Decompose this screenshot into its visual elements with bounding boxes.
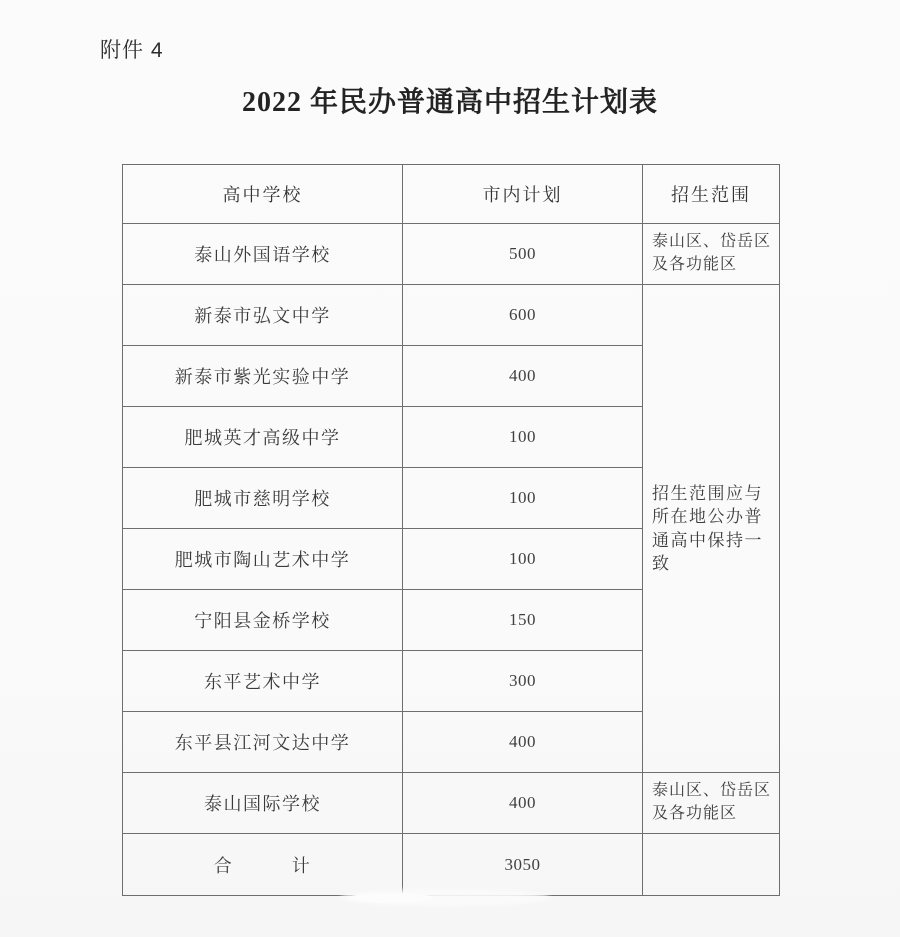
table: 高中学校 市内计划 招生范围 泰山外国语学校 500 泰山区、岱岳区 及各功能区…: [122, 164, 780, 896]
enrollment-plan-table: 高中学校 市内计划 招生范围 泰山外国语学校 500 泰山区、岱岳区 及各功能区…: [122, 164, 780, 896]
school-cell: 宁阳县金桥学校: [123, 590, 403, 651]
school-cell: 泰山外国语学校: [123, 224, 403, 285]
page-title: 2022 年民办普通高中招生计划表: [0, 80, 900, 120]
school-cell: 肥城市陶山艺术中学: [123, 529, 403, 590]
plan-cell: 400: [403, 712, 643, 773]
school-cell: 泰山国际学校: [123, 773, 403, 834]
table-row: 泰山国际学校 400 泰山区、岱岳区 及各功能区: [123, 773, 780, 834]
column-header-school: 高中学校: [123, 165, 403, 224]
merged-scope-cell: 招生范围应与 所在地公办普 通高中保持一 致: [643, 285, 780, 773]
column-header-scope: 招生范围: [643, 165, 780, 224]
erased-watermark-smudge: [348, 893, 433, 903]
table-row: 泰山外国语学校 500 泰山区、岱岳区 及各功能区: [123, 224, 780, 285]
school-cell: 新泰市弘文中学: [123, 285, 403, 346]
total-row: 合 计 3050: [123, 834, 780, 896]
school-cell: 东平艺术中学: [123, 651, 403, 712]
plan-cell: 400: [403, 773, 643, 834]
plan-cell: 500: [403, 224, 643, 285]
school-cell: 新泰市紫光实验中学: [123, 346, 403, 407]
plan-cell: 100: [403, 529, 643, 590]
scope-cell: 泰山区、岱岳区 及各功能区: [643, 773, 780, 834]
column-header-plan: 市内计划: [403, 165, 643, 224]
plan-cell: 150: [403, 590, 643, 651]
plan-cell: 400: [403, 346, 643, 407]
scope-cell: 泰山区、岱岳区 及各功能区: [643, 224, 780, 285]
plan-cell: 100: [403, 407, 643, 468]
school-cell: 东平县江河文达中学: [123, 712, 403, 773]
plan-cell: 600: [403, 285, 643, 346]
plan-cell: 300: [403, 651, 643, 712]
table-header-row: 高中学校 市内计划 招生范围: [123, 165, 780, 224]
document-page: 附件 4 2022 年民办普通高中招生计划表 高中学校 市内计划 招生范围 泰山…: [0, 0, 900, 937]
total-value-cell: 3050: [403, 834, 643, 896]
table-row: 新泰市弘文中学 600 招生范围应与 所在地公办普 通高中保持一 致: [123, 285, 780, 346]
school-cell: 肥城市慈明学校: [123, 468, 403, 529]
total-label-cell: 合 计: [123, 834, 403, 896]
attachment-label: 附件 4: [100, 34, 164, 64]
school-cell: 肥城英才高级中学: [123, 407, 403, 468]
scope-cell: [643, 834, 780, 896]
plan-cell: 100: [403, 468, 643, 529]
